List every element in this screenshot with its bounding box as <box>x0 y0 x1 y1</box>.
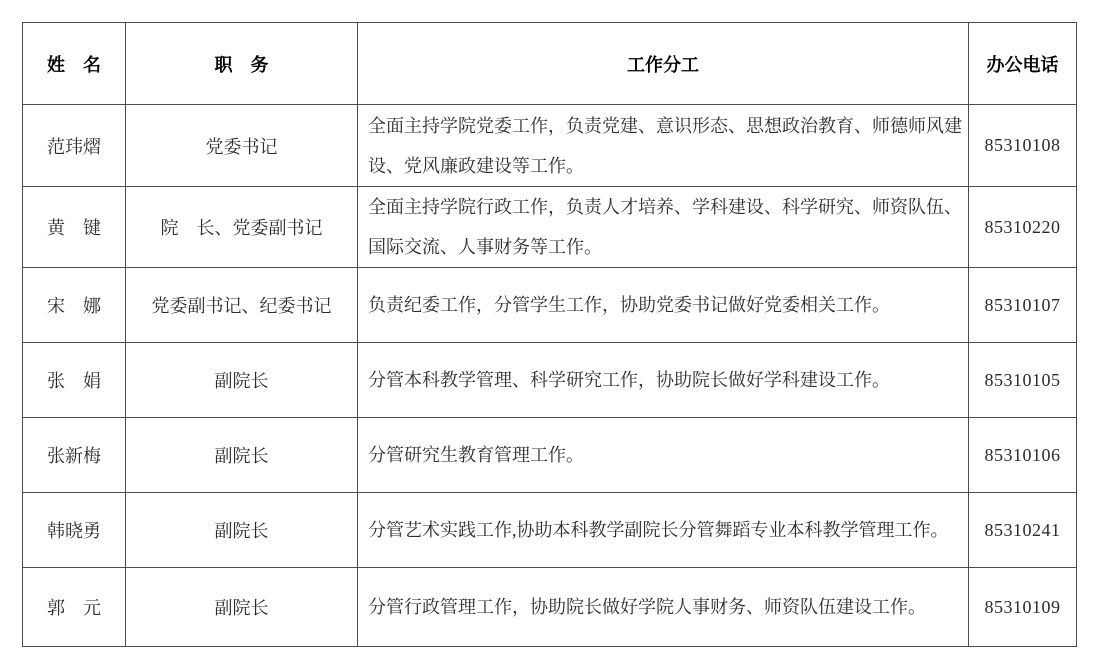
header-duty: 工作分工 <box>358 23 969 105</box>
table-row: 黄 键 院 长、党委副书记 全面主持学院行政工作，负责人才培养、学科建设、科学研… <box>23 187 1077 268</box>
phone-cell: 85310220 <box>969 187 1077 268</box>
leadership-duty-table: 姓 名 职 务 工作分工 办公电话 范玮熠 党委书记 全面主持学院党委工作，负责… <box>22 22 1077 647</box>
duty-cell: 负责纪委工作，分管学生工作，协助党委书记做好党委相关工作。 <box>358 268 969 343</box>
page: 姓 名 职 务 工作分工 办公电话 范玮熠 党委书记 全面主持学院党委工作，负责… <box>0 0 1098 668</box>
phone-cell: 85310107 <box>969 268 1077 343</box>
phone-cell: 85310108 <box>969 105 1077 187</box>
phone-cell: 85310109 <box>969 568 1077 647</box>
position-cell: 党委副书记、纪委书记 <box>126 268 358 343</box>
position-cell: 副院长 <box>126 418 358 493</box>
table-row: 张 娟 副院长 分管本科教学管理、科学研究工作，协助院长做好学科建设工作。 85… <box>23 343 1077 418</box>
phone-cell: 85310106 <box>969 418 1077 493</box>
phone-cell: 85310241 <box>969 493 1077 568</box>
duty-cell: 全面主持学院行政工作，负责人才培养、学科建设、科学研究、师资队伍、国际交流、人事… <box>358 187 969 268</box>
name-cell: 范玮熠 <box>23 105 126 187</box>
table-row: 张新梅 副院长 分管研究生教育管理工作。 85310106 <box>23 418 1077 493</box>
table-row: 郭 元 副院长 分管行政管理工作，协助院长做好学院人事财务、师资队伍建设工作。 … <box>23 568 1077 647</box>
table-row: 韩晓勇 副院长 分管艺术实践工作,协助本科教学副院长分管舞蹈专业本科教学管理工作… <box>23 493 1077 568</box>
position-cell: 党委书记 <box>126 105 358 187</box>
name-cell: 张新梅 <box>23 418 126 493</box>
duty-cell: 分管研究生教育管理工作。 <box>358 418 969 493</box>
table-row: 范玮熠 党委书记 全面主持学院党委工作，负责党建、意识形态、思想政治教育、师德师… <box>23 105 1077 187</box>
name-cell: 宋 娜 <box>23 268 126 343</box>
position-cell: 院 长、党委副书记 <box>126 187 358 268</box>
position-cell: 副院长 <box>126 568 358 647</box>
header-position: 职 务 <box>126 23 358 105</box>
header-row: 姓 名 职 务 工作分工 办公电话 <box>23 23 1077 105</box>
duty-cell: 分管本科教学管理、科学研究工作，协助院长做好学科建设工作。 <box>358 343 969 418</box>
position-cell: 副院长 <box>126 493 358 568</box>
header-phone: 办公电话 <box>969 23 1077 105</box>
header-name: 姓 名 <box>23 23 126 105</box>
duty-cell: 分管行政管理工作，协助院长做好学院人事财务、师资队伍建设工作。 <box>358 568 969 647</box>
duty-cell: 全面主持学院党委工作，负责党建、意识形态、思想政治教育、师德师风建设、党风廉政建… <box>358 105 969 187</box>
position-cell: 副院长 <box>126 343 358 418</box>
name-cell: 张 娟 <box>23 343 126 418</box>
duty-cell: 分管艺术实践工作,协助本科教学副院长分管舞蹈专业本科教学管理工作。 <box>358 493 969 568</box>
table-row: 宋 娜 党委副书记、纪委书记 负责纪委工作，分管学生工作，协助党委书记做好党委相… <box>23 268 1077 343</box>
phone-cell: 85310105 <box>969 343 1077 418</box>
name-cell: 黄 键 <box>23 187 126 268</box>
name-cell: 韩晓勇 <box>23 493 126 568</box>
name-cell: 郭 元 <box>23 568 126 647</box>
